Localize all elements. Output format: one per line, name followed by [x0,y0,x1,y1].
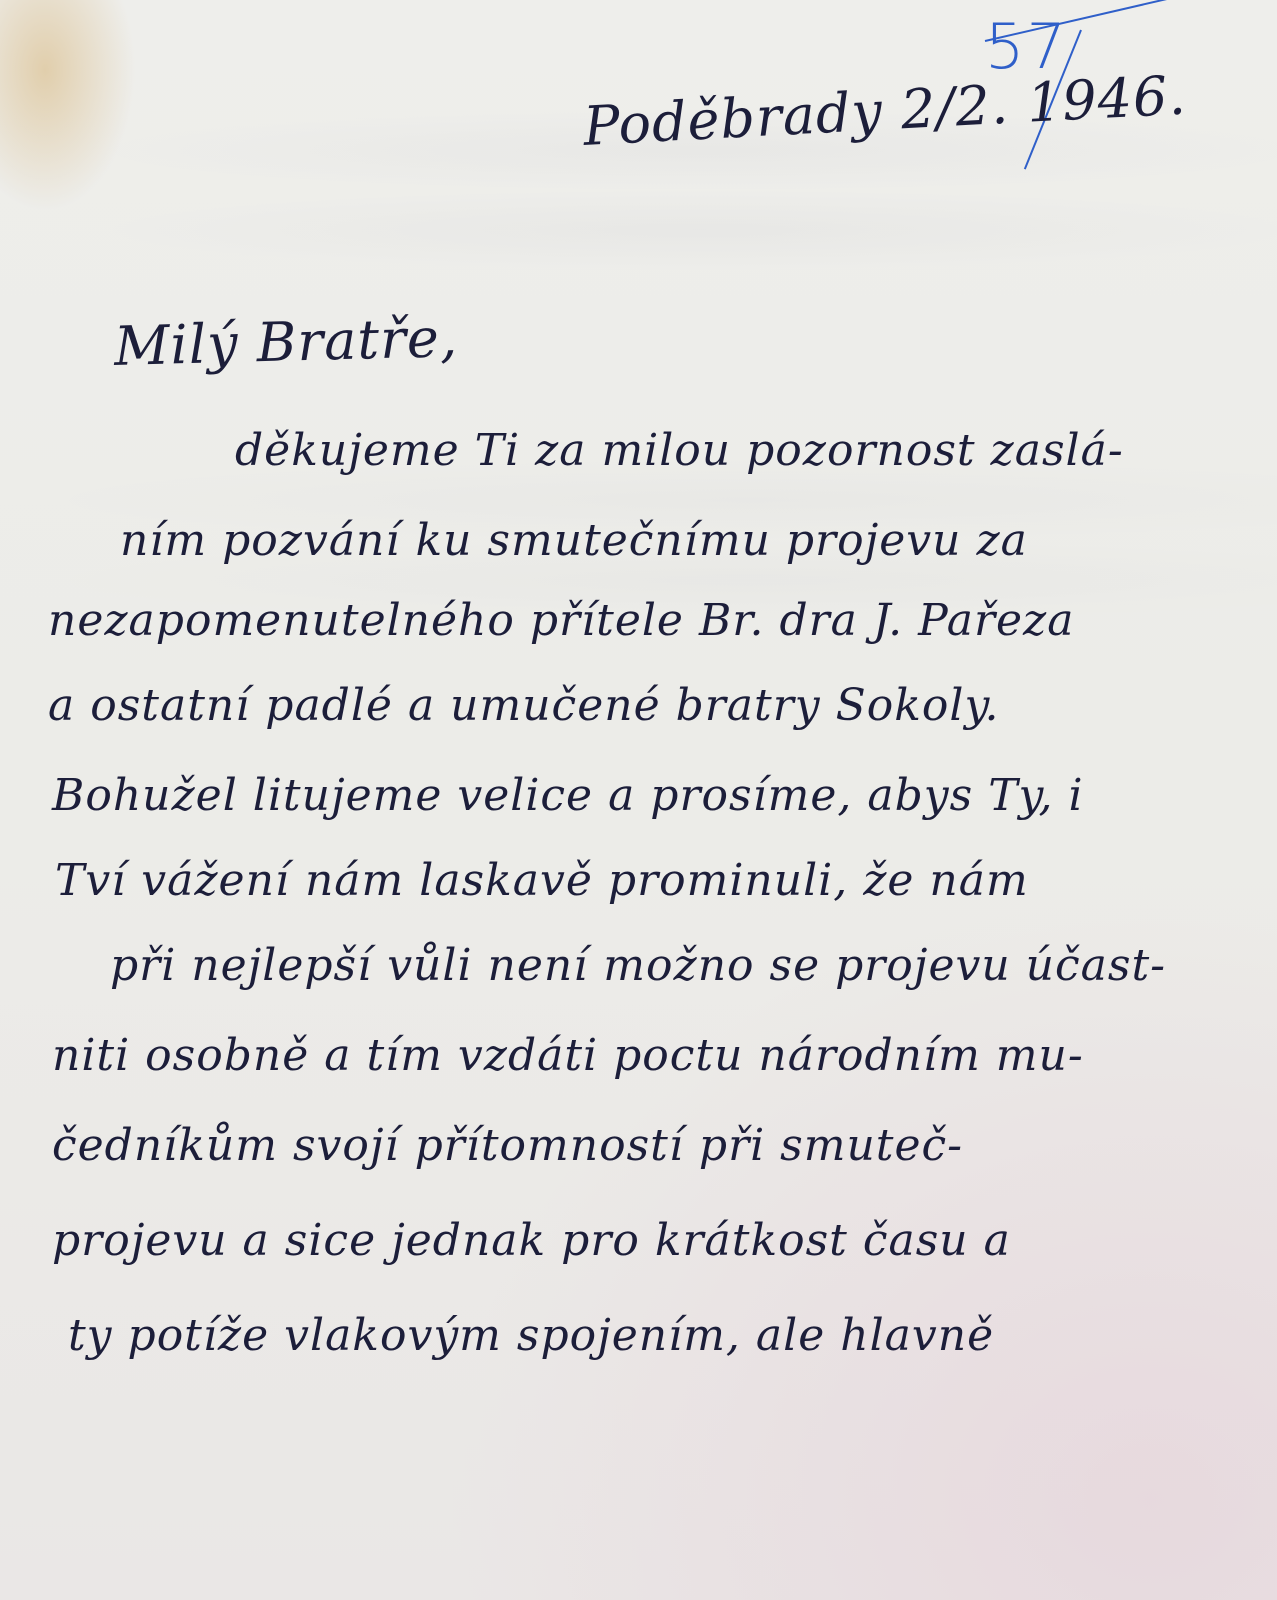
body-line: děkujeme Ti za milou pozornost zaslá- [235,425,1124,476]
body-line: ním pozvání ku smutečnímu projevu za [120,515,1028,566]
body-line: Tví vážení nám laskavě prominuli, že nám [55,855,1029,906]
body-line: Bohužel litujeme velice a prosíme, abys … [52,770,1084,821]
salutation: Milý Bratře, [113,306,458,378]
place-and-date: Poděbrady 2/2. 1946. [582,63,1188,158]
body-line: čedníkům svojí přítomností při smuteč- [52,1120,963,1171]
body-line: nezapomenutelného přítele Br. dra J. Pař… [48,595,1074,646]
letter-page: 57 Poděbrady 2/2. 1946. Milý Bratře, děk… [0,0,1277,1600]
body-line: a ostatní padlé a umučené bratry Sokoly. [48,680,999,731]
body-line: projevu a sice jednak pro krátkost času … [52,1215,1011,1266]
body-line: při nejlepší vůli není možno se projevu … [110,940,1166,991]
body-line: niti osobně a tím vzdáti poctu národním … [52,1030,1084,1081]
body-line: ty potíže vlakovým spojením, ale hlavně [68,1310,994,1361]
